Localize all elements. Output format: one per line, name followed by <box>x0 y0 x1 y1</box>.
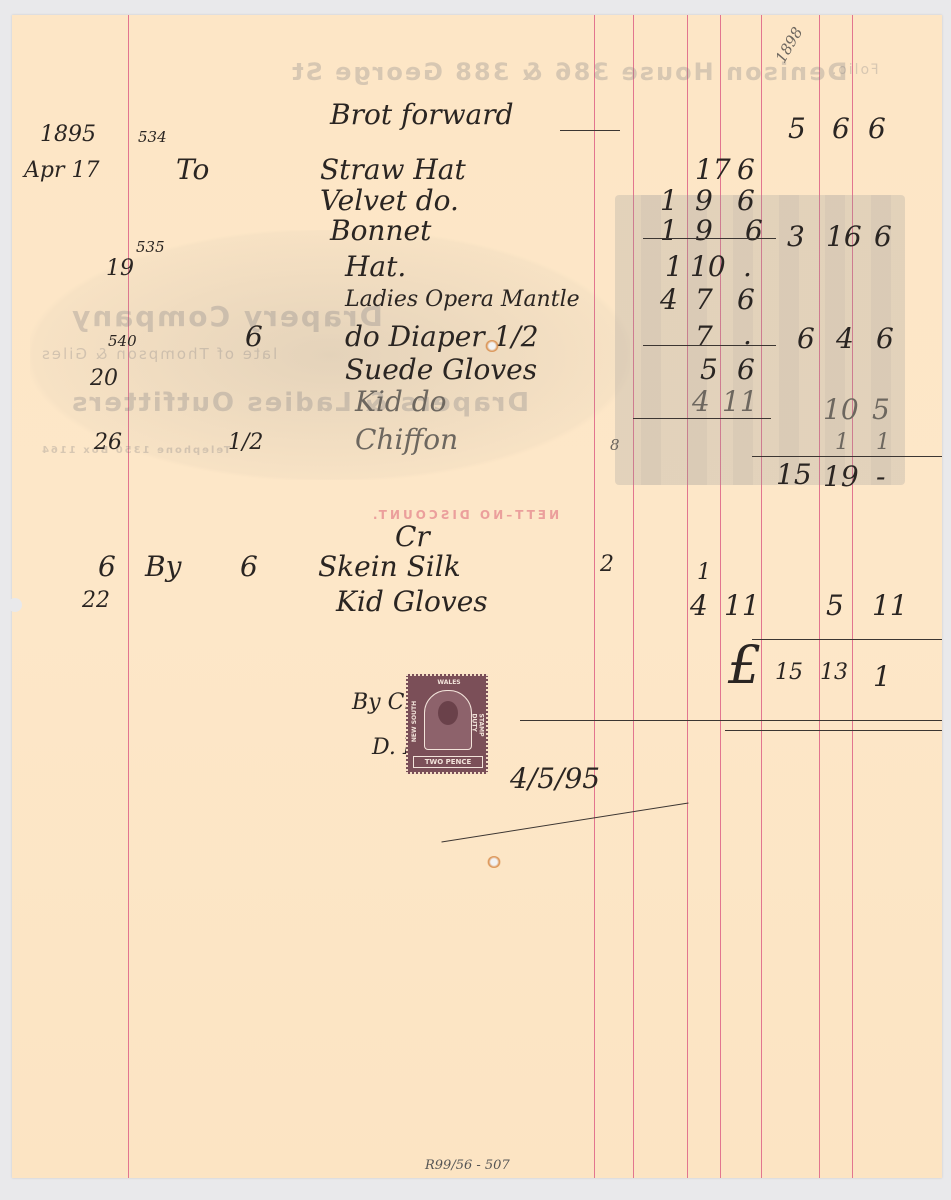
burn-hole <box>487 856 501 868</box>
amount-shillings: 17 <box>695 153 731 186</box>
stamp-arch-text: WALES <box>414 679 484 686</box>
queen-head <box>438 701 458 725</box>
stamp-right-text: STAMP DUTY <box>470 714 484 737</box>
ref-534: 534 <box>138 128 167 146</box>
item-hat: Hat. <box>345 250 406 283</box>
margin-rule <box>128 15 129 1178</box>
bf-shillings: 6 <box>832 112 850 145</box>
debit-total-shillings: 19 <box>823 460 859 493</box>
item-bonnet: Bonnet <box>330 214 431 247</box>
folio-label: Folio. <box>830 62 879 78</box>
item-opera-mantle: Ladies Opera Mantle <box>345 287 580 312</box>
subtotal-pence: 6 <box>874 220 892 253</box>
item-kid-glove: Kid Gloves <box>336 585 488 618</box>
letterhead-company: Drapery Company <box>70 300 383 333</box>
amount-pence: 6 <box>737 353 755 386</box>
date-19: 19 <box>106 256 134 281</box>
amount-shillings: 9 <box>695 184 713 217</box>
closing-rule <box>725 730 942 731</box>
subtotal-pence: 6 <box>876 322 894 355</box>
amount-shillings: 7 <box>695 283 713 316</box>
date-20: 20 <box>90 366 118 391</box>
subtotal-rule <box>643 345 776 346</box>
closing-rule <box>520 720 942 721</box>
amount-shillings: 1 <box>697 560 711 585</box>
grand-total-rule <box>752 639 942 640</box>
amount-pence: 6 <box>745 214 763 247</box>
credit-prefix-by: By <box>145 550 181 583</box>
date-apr17: Apr 17 <box>24 158 99 183</box>
debit-total-pence: - <box>876 460 885 493</box>
grand-total-shillings: 13 <box>820 660 848 685</box>
qty-half: 1/2 <box>228 430 263 455</box>
amount-pence: . <box>743 250 752 283</box>
item-skein-silk: Skein Silk <box>318 550 461 583</box>
grand-total-pence: 1 <box>873 660 891 693</box>
queen-portrait <box>424 690 472 750</box>
credit-date-6: 6 <box>98 550 116 583</box>
amount-shillings: 9 <box>695 214 713 247</box>
amount-pence: 6 <box>737 153 755 186</box>
amount-pounds: 1 <box>665 250 683 283</box>
qty-6: 6 <box>245 320 263 353</box>
amount-pence: 11 <box>722 385 758 418</box>
credit-qty-6: 6 <box>240 550 258 583</box>
item-kid-gloves: Kid do <box>355 385 446 418</box>
amount-pence: 6 <box>737 184 755 217</box>
amount-shillings: 7 <box>695 320 713 353</box>
subtotal-rule <box>643 238 776 239</box>
column-rule <box>687 15 688 1178</box>
prefix-to: To <box>176 153 209 186</box>
debit-total-pounds: 15 <box>776 458 812 491</box>
subtotal-pence: 5 <box>872 393 890 426</box>
burn-hole <box>485 340 499 352</box>
stamp-value: TWO PENCE <box>413 756 483 768</box>
letterhead-late-of: late of Thompson & Giles <box>40 345 277 363</box>
column-rule <box>761 15 762 1178</box>
credit-date-22: 22 <box>82 588 110 613</box>
archive-reference: R99/56 - 507 <box>425 1158 510 1173</box>
amount-pence: 6 <box>737 283 755 316</box>
amount-shillings: 5 <box>700 353 718 386</box>
stamp-left-text: NEW SOUTH <box>411 701 418 742</box>
item-straw-hat: Straw Hat <box>320 153 466 186</box>
underline <box>560 130 620 131</box>
subtotal-shillings: 10 <box>823 393 859 426</box>
ref-535: 535 <box>136 238 165 256</box>
amount-pence: 11 <box>724 589 760 622</box>
rate-8: 8 <box>610 436 620 454</box>
bf-pounds: 5 <box>788 112 806 145</box>
amount-shillings: 4 <box>692 385 710 418</box>
column-rule <box>594 15 595 1178</box>
column-rule <box>633 15 634 1178</box>
subtotal-pence: 11 <box>872 589 908 622</box>
column-rule <box>819 15 820 1178</box>
letterhead-address: Denison House 386 & 388 George St <box>290 58 847 86</box>
amount-pounds: 4 <box>660 283 678 316</box>
subtotal-pounds: 6 <box>797 322 815 355</box>
item-suede-gloves: Suede Gloves <box>345 353 537 386</box>
item-velvet: Velvet do. <box>320 184 459 217</box>
item-chiffon: Chiffon <box>355 423 458 456</box>
date-26: 26 <box>94 430 122 455</box>
total-rule <box>752 456 942 457</box>
subtotal-shillings: 5 <box>826 589 844 622</box>
brought-forward-label: Brot forward <box>330 98 514 131</box>
amount-shillings: 10 <box>690 250 726 283</box>
year: 1895 <box>40 122 96 147</box>
bf-pence: 6 <box>868 112 886 145</box>
column-rule <box>720 15 721 1178</box>
grand-total-pounds: 15 <box>775 660 803 685</box>
credit-heading: Cr <box>395 520 430 553</box>
pound-sign: £ <box>728 636 761 696</box>
item-diaper: do Diaper 1/2 <box>345 320 539 353</box>
subtotal-shillings: 4 <box>836 322 854 355</box>
amount-pounds: 1 <box>660 184 678 217</box>
subtotal-shillings: 16 <box>826 220 862 253</box>
amount-shillings: 4 <box>690 589 708 622</box>
ref-540: 540 <box>108 332 137 350</box>
subtotal-pence: 1 <box>876 430 890 455</box>
letterhead-trade: Drapers & Ladies Outfitters <box>70 388 529 418</box>
receipt-date: 4/5/95 <box>510 762 600 795</box>
column-rule <box>852 15 853 1178</box>
subtotal-rule <box>633 418 771 419</box>
torn-edge <box>8 598 22 612</box>
stamp-duty: WALES NEW SOUTH STAMP DUTY TWO PENCE <box>406 674 488 774</box>
subtotal-pounds: 3 <box>787 220 805 253</box>
amount-pounds: 1 <box>660 214 678 247</box>
subtotal-shillings: 1 <box>835 430 849 455</box>
rate-2: 2 <box>600 552 614 577</box>
letterhead-telephone: Telephone 1350 Box 1164 <box>40 445 231 456</box>
